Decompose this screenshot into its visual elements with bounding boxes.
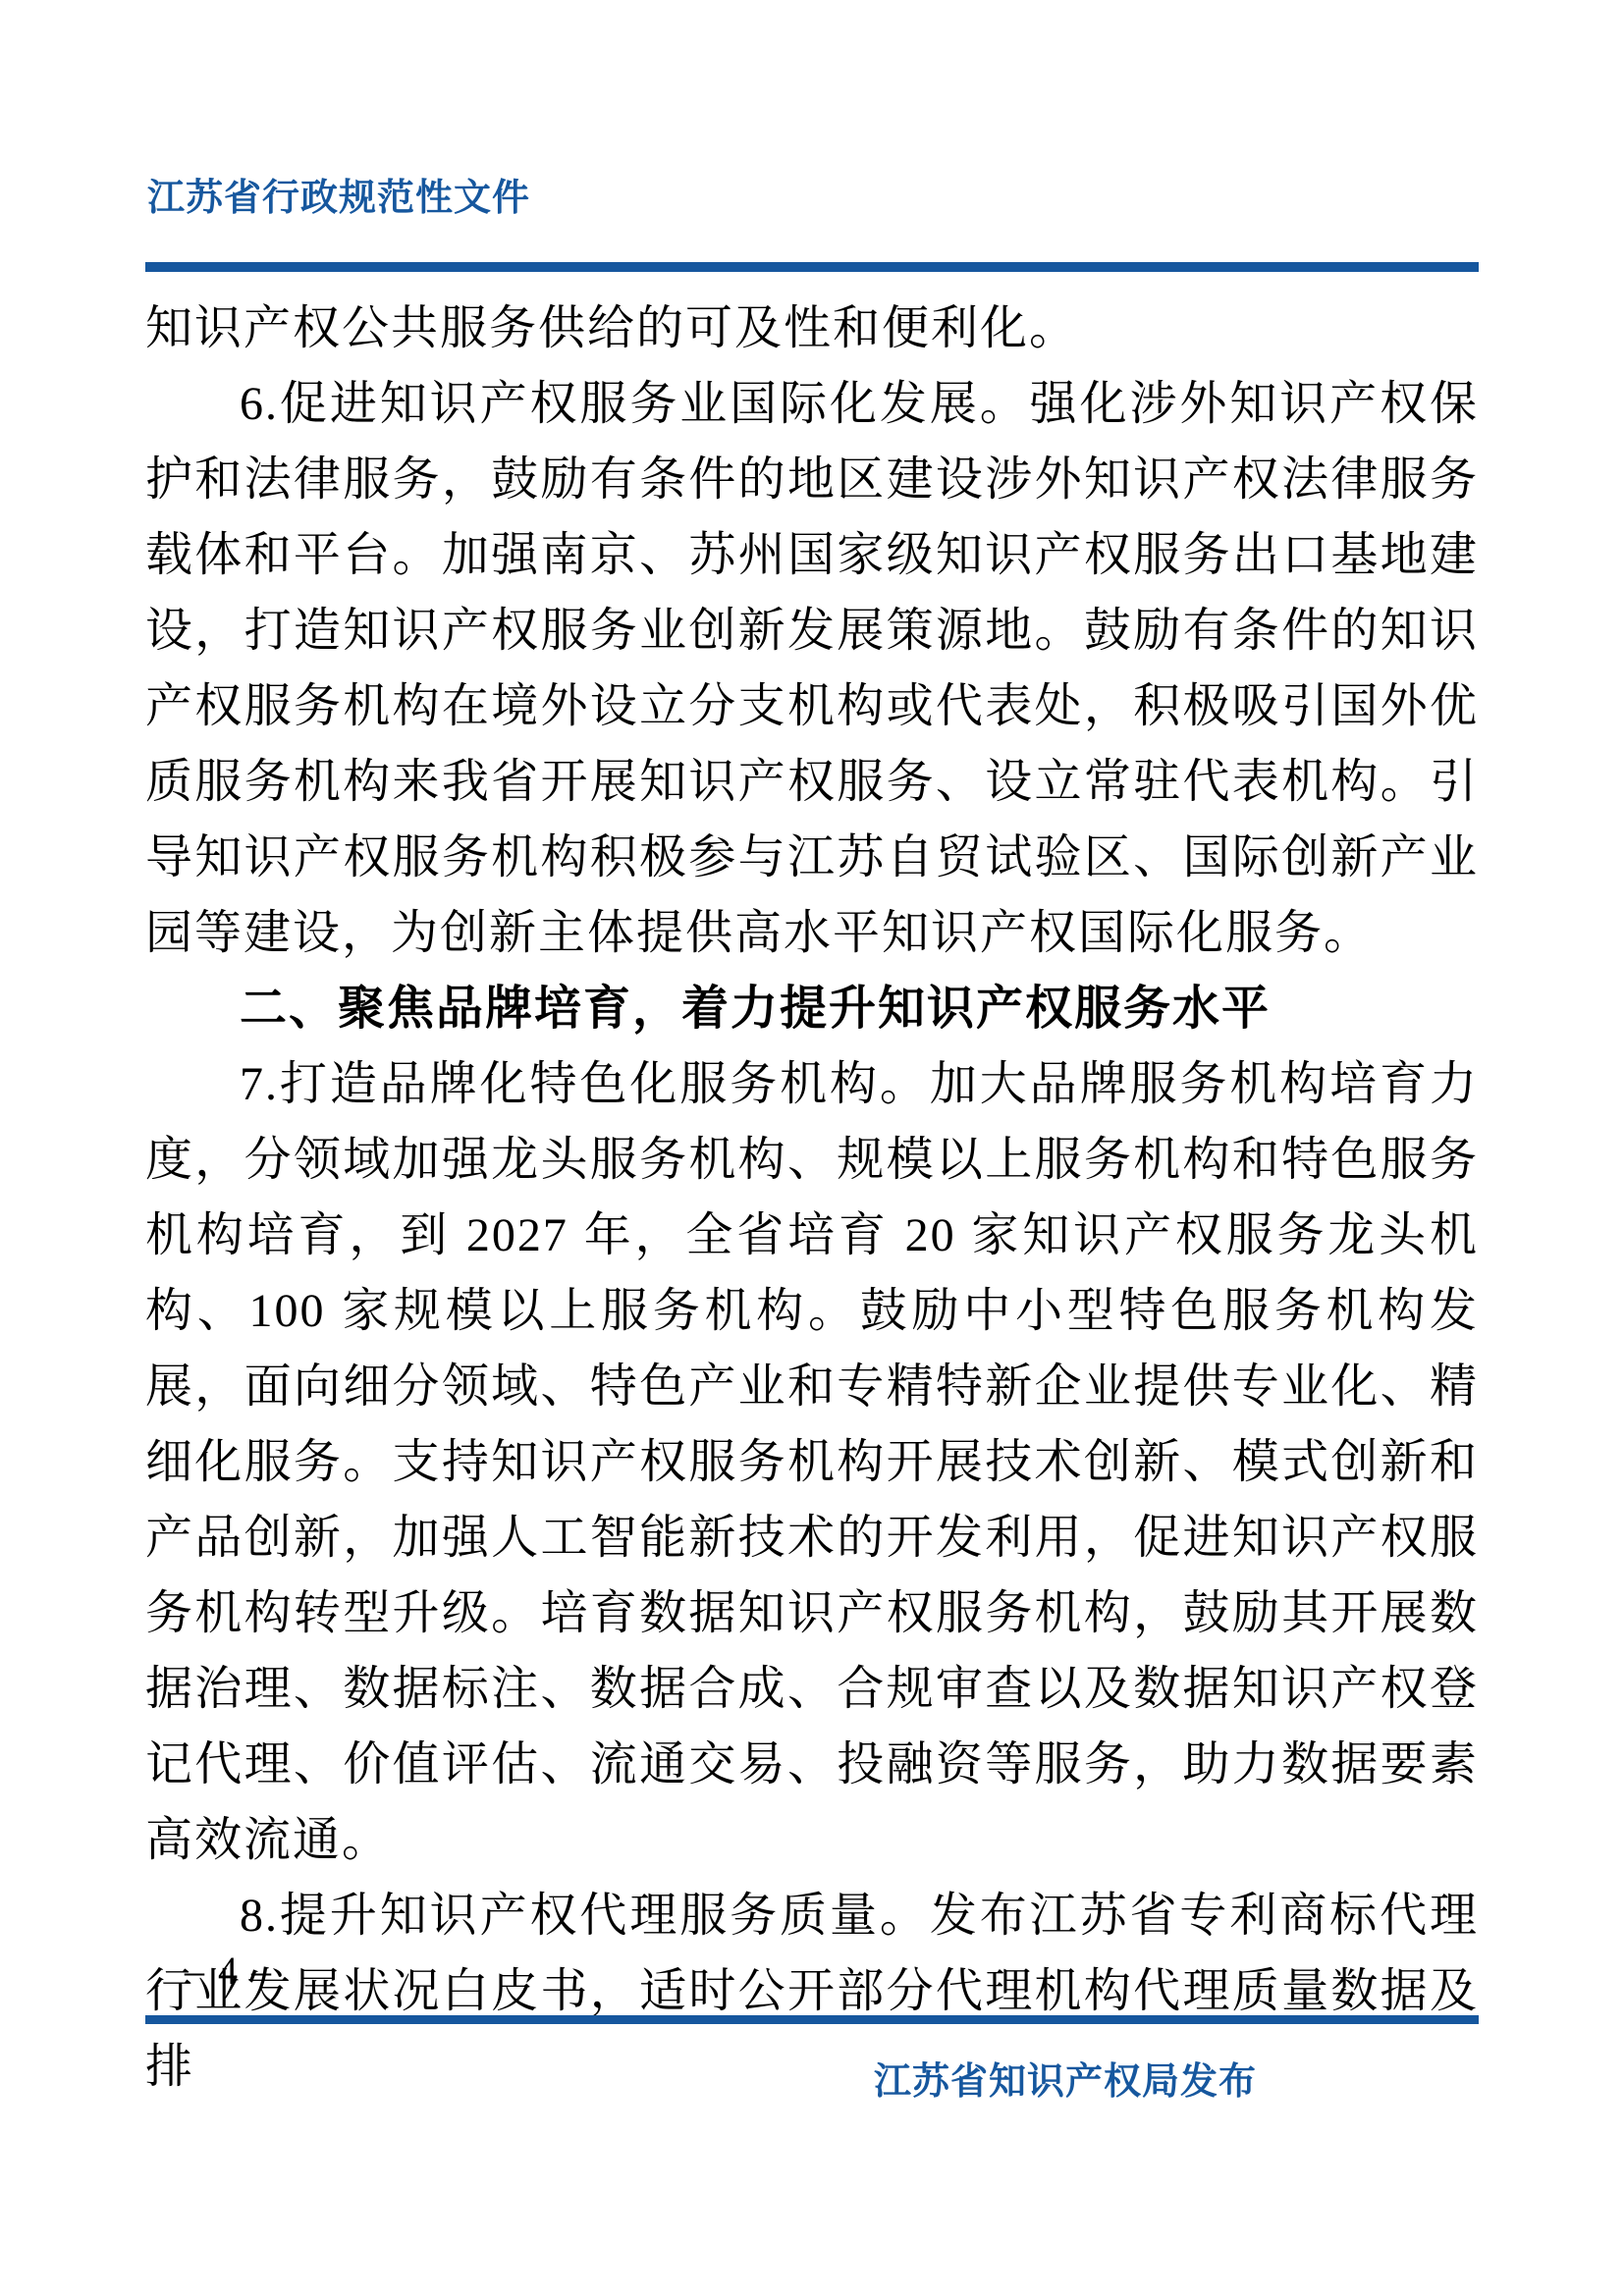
- body-paragraph: 知识产权公共服务供给的可及性和便利化。: [145, 291, 1479, 366]
- body-paragraph: 8.提升知识产权代理服务质量。发布江苏省专利商标代理行业发展状况白皮书，适时公开…: [145, 1878, 1479, 2105]
- publisher-line: 江苏省知识产权局发布: [874, 2057, 1257, 2107]
- section-heading: 二、聚焦品牌培育，着力提升知识产权服务水平: [145, 971, 1479, 1046]
- document-page: 江苏省行政规范性文件 知识产权公共服务供给的可及性和便利化。6.促进知识产权服务…: [0, 0, 1624, 2296]
- document-type-title: 江苏省行政规范性文件: [147, 173, 530, 224]
- body-paragraph: 7.打造品牌化特色化服务机构。加大品牌服务机构培育力度，分领域加强龙头服务机构、…: [145, 1046, 1479, 1878]
- document-body: 知识产权公共服务供给的可及性和便利化。6.促进知识产权服务业国际化发展。强化涉外…: [145, 291, 1479, 2105]
- footer-divider: [145, 2015, 1479, 2024]
- header-divider: [145, 262, 1479, 272]
- page-number: – 4 –: [185, 1949, 273, 1993]
- body-paragraph: 6.促进知识产权服务业国际化发展。强化涉外知识产权保护和法律服务，鼓励有条件的地…: [145, 366, 1479, 971]
